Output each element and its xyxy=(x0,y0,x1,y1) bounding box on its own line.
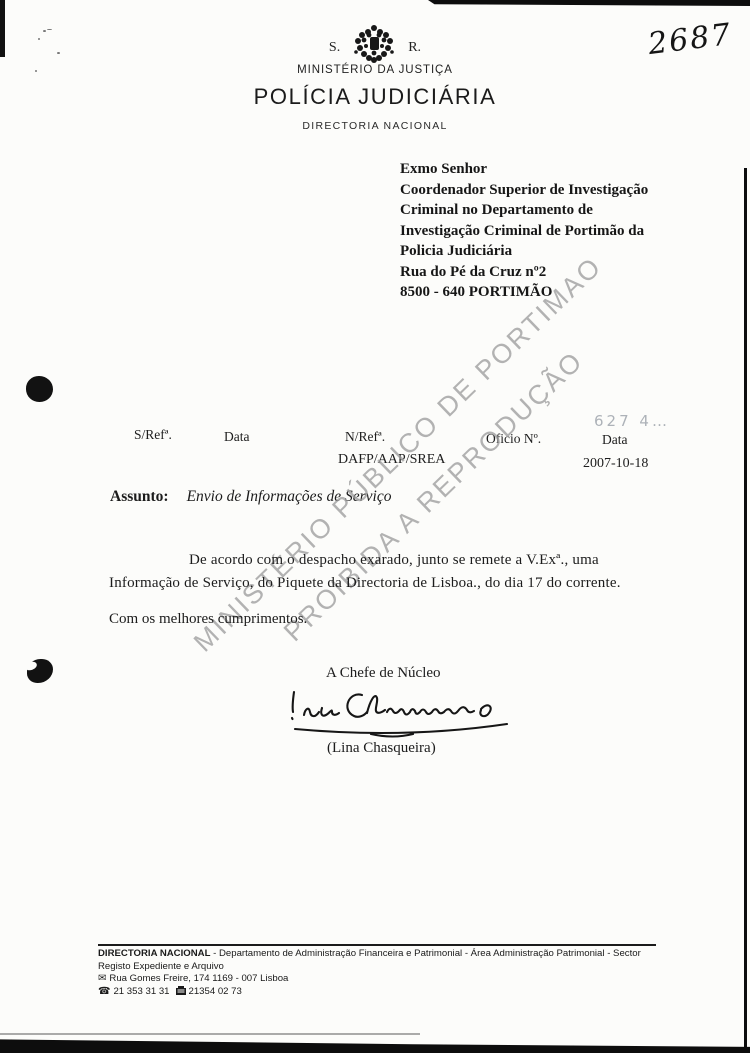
pencil-speck xyxy=(43,30,46,32)
recipient-line: 8500 - 640 PORTIMÃO xyxy=(400,282,720,303)
our-ref-label: N/Refª. xyxy=(345,429,385,445)
crest-left-initial: S. xyxy=(329,40,340,56)
footer-line-1: DIRECTORIA NACIONAL - Departamento de Ad… xyxy=(98,948,656,961)
handwritten-page-number: 2687 xyxy=(646,17,734,62)
crest-right-initial: R. xyxy=(408,40,421,56)
diagonal-watermark: MINISTÉRIO PÚBLICO DE PORTIMAO PROIBIDA … xyxy=(188,251,647,698)
handwritten-signature xyxy=(283,684,523,747)
footer-org: DIRECTORIA NACIONAL xyxy=(98,948,210,959)
oficio-number-label: Oficio Nº. xyxy=(486,431,541,447)
ministry-title: MINISTÉRIO DA JUSTIÇA xyxy=(0,64,750,76)
footer-phone: 21 353 31 31 xyxy=(113,986,169,997)
scanned-letter-page: MINISTÉRIO PÚBLICO DE PORTIMAO PROIBIDA … xyxy=(0,0,750,1053)
recipient-line: Investigação Criminal de Portimão da xyxy=(400,221,720,242)
sender-ref-label: S/Refª. xyxy=(134,427,172,443)
scan-edge-artifact-right xyxy=(744,168,747,1053)
body-paragraph: De acordo com o despacho exarado, junto … xyxy=(109,549,654,595)
faint-stamp-number: 627 4… xyxy=(594,412,670,430)
subject-row: Assunto: Envio de Informações de Serviço xyxy=(110,488,391,506)
punch-hole-mark xyxy=(26,376,53,402)
punch-hole-mark xyxy=(27,659,53,683)
recipient-line: Exmo Senhor xyxy=(400,159,720,180)
phone-icon: ☎ xyxy=(98,986,110,999)
scan-edge-smudge-bottom xyxy=(0,1033,420,1035)
footer-address: Rua Gomes Freire, 174 1169 - 007 Lisboa xyxy=(109,973,288,984)
pencil-speck xyxy=(47,29,52,30)
directorate-title: DIRECTORIA NACIONAL xyxy=(0,120,750,132)
footer-block: DIRECTORIA NACIONAL - Departamento de Ad… xyxy=(98,944,656,999)
organization-title: POLÍCIA JUDICIÁRIA xyxy=(0,84,750,110)
our-ref-value: DAFP/AAP/SREA xyxy=(338,452,445,468)
scan-edge-artifact-bottom xyxy=(0,1037,750,1053)
scan-edge-artifact-top xyxy=(428,0,750,6)
recipient-line: Rua do Pé da Cruz nº2 xyxy=(400,262,720,283)
footer-line-1-rest: - Departamento de Administração Financei… xyxy=(210,948,640,959)
pencil-speck xyxy=(38,38,40,40)
scan-edge-artifact-topleft xyxy=(0,0,5,57)
sender-date-label: Data xyxy=(224,429,249,445)
signer-role: A Chefe de Núcleo xyxy=(326,665,441,682)
recipient-line: Coordenador Superior de Investigação xyxy=(400,180,720,201)
subject-label: Assunto: xyxy=(110,488,169,506)
closing-line: Com os melhores cumprimentos. xyxy=(109,611,307,628)
recipient-line: Policia Judiciária xyxy=(400,241,720,262)
envelope-icon: ✉ xyxy=(98,973,106,986)
recipient-line: Criminal no Departamento de xyxy=(400,200,720,221)
pencil-speck xyxy=(57,52,60,54)
subject-value: Envio de Informações de Serviço xyxy=(187,488,392,506)
footer-address-line: ✉Rua Gomes Freire, 174 1169 - 007 Lisboa xyxy=(98,973,656,986)
footer-contacts-line: ☎21 353 31 3121354 02 73 xyxy=(98,986,656,1000)
date-label: Data xyxy=(602,432,627,448)
footer-line-2: Registo Expediente e Arquivo xyxy=(98,961,656,974)
fax-icon xyxy=(176,986,186,1000)
date-value: 2007-10-18 xyxy=(583,456,648,472)
recipient-address-block: Exmo Senhor Coordenador Superior de Inve… xyxy=(400,159,720,303)
signer-name: (Lina Chasqueira) xyxy=(327,740,436,757)
footer-fax: 21354 02 73 xyxy=(189,986,242,997)
